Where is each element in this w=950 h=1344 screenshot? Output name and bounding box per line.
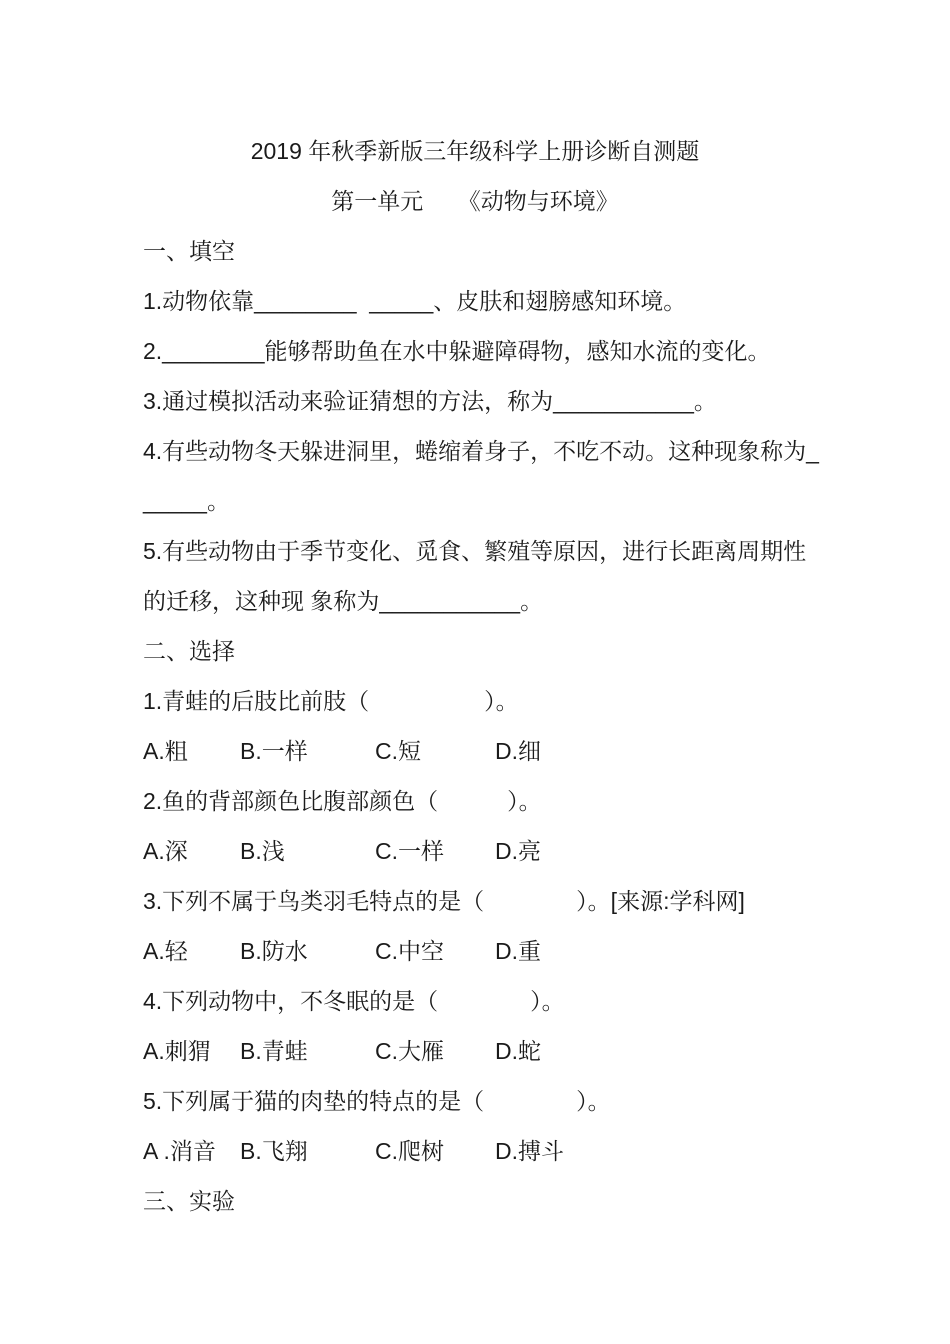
option-a: A .消音 [143, 1126, 240, 1176]
choice-question-5: 5.下列属于猫的肉垫的特点的是（ ）。 [0, 1076, 950, 1126]
section-experiment-heading: 三、实验 [0, 1176, 950, 1226]
choice-question-5-options: A .消音 B.飞翔 C.爬树 D.搏斗 [0, 1126, 950, 1176]
option-c: C.短 [375, 726, 495, 776]
choice-question-2: 2.鱼的背部颜色比腹部颜色（ ）。 [0, 776, 950, 826]
choice-question-4: 4.下列动物中，不冬眠的是（ ）。 [0, 976, 950, 1026]
option-a: A.刺猬 [143, 1026, 240, 1076]
choice-question-2-options: A.深 B.浅 C.一样 D.亮 [0, 826, 950, 876]
option-a: A.深 [143, 826, 240, 876]
section-choice-heading: 二、选择 [0, 626, 950, 676]
option-d: D.蛇 [495, 1026, 910, 1076]
option-b: B.一样 [240, 726, 375, 776]
fill-in-question-5-line-1: 5.有些动物由于季节变化、觅食、繁殖等原因，进行长距离周期性 [0, 526, 950, 576]
option-a: A.粗 [143, 726, 240, 776]
fill-in-question-4-line-2: _____。 [0, 476, 950, 526]
option-b: B.飞翔 [240, 1126, 375, 1176]
unit-heading: 第一单元 《动物与环境》 [0, 176, 950, 226]
choice-question-1-options: A.粗 B.一样 C.短 D.细 [0, 726, 950, 776]
option-b: B.浅 [240, 826, 375, 876]
document-title: 2019 年秋季新版三年级科学上册诊断自测题 [0, 126, 950, 176]
option-d: D.亮 [495, 826, 910, 876]
fill-in-question-2: 2.________能够帮助鱼在水中躲避障碍物，感知水流的变化。 [0, 326, 950, 376]
section-fill-in-heading: 一、填空 [0, 226, 950, 276]
fill-in-question-5-line-2: 的迁移，这种现 象称为___________。 [0, 576, 950, 626]
option-c: C.大雁 [375, 1026, 495, 1076]
choice-question-3: 3.下列不属于鸟类羽毛特点的是（ ）。[来源:学科网] [0, 876, 950, 926]
choice-question-3-options: A.轻 B.防水 C.中空 D.重 [0, 926, 950, 976]
option-c: C.中空 [375, 926, 495, 976]
choice-question-4-options: A.刺猬 B.青蛙 C.大雁 D.蛇 [0, 1026, 950, 1076]
fill-in-question-3: 3.通过模拟活动来验证猜想的方法，称为___________。 [0, 376, 950, 426]
document-page: 2019 年秋季新版三年级科学上册诊断自测题 第一单元 《动物与环境》 一、填空… [0, 0, 950, 1344]
option-a: A.轻 [143, 926, 240, 976]
option-b: B.防水 [240, 926, 375, 976]
option-d: D.细 [495, 726, 910, 776]
fill-in-question-1: 1.动物依靠________ _____、皮肤和翅膀感知环境。 [0, 276, 950, 326]
option-d: D.搏斗 [495, 1126, 910, 1176]
option-b: B.青蛙 [240, 1026, 375, 1076]
option-d: D.重 [495, 926, 910, 976]
option-c: C.爬树 [375, 1126, 495, 1176]
choice-question-1: 1.青蛙的后肢比前肢（ ）。 [0, 676, 950, 726]
option-c: C.一样 [375, 826, 495, 876]
fill-in-question-4-line-1: 4.有些动物冬天躲进洞里，蜷缩着身子，不吃不动。这种现象称为_ [0, 426, 950, 476]
